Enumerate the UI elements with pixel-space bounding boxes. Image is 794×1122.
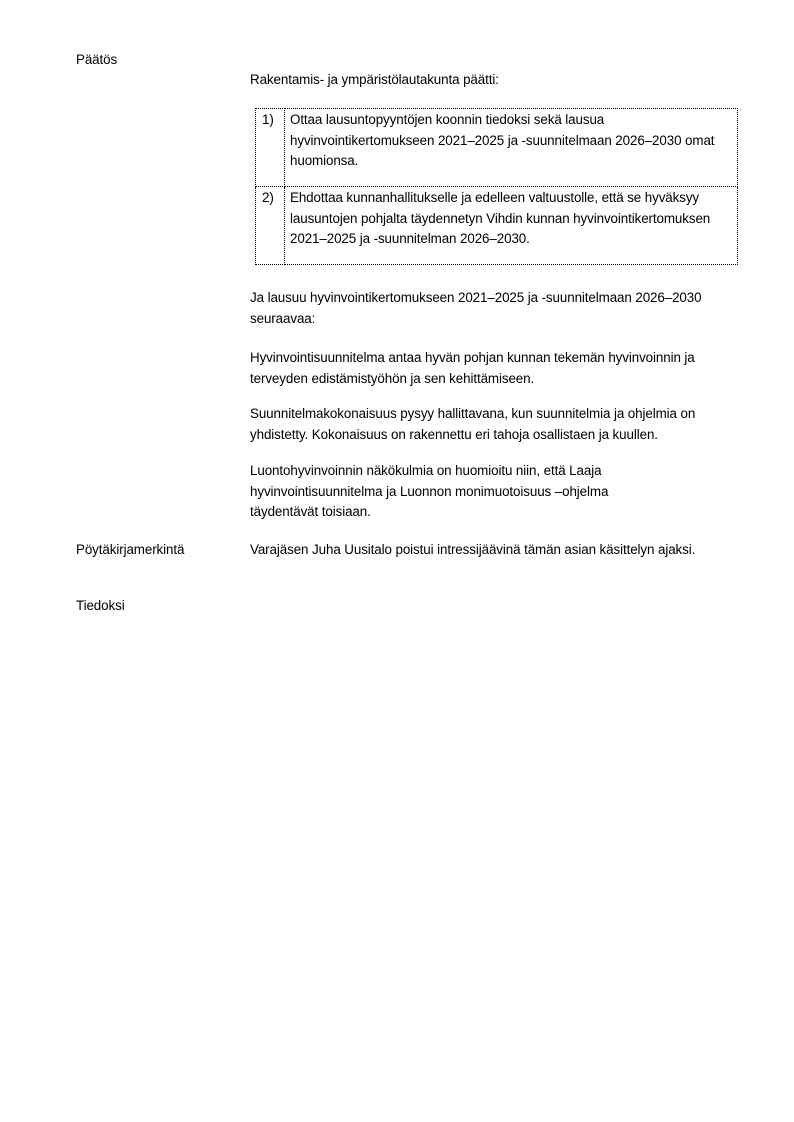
decision-item-number: 1) xyxy=(256,109,285,187)
decision-intro: Rakentamis- ja ympäristölautakunta päätt… xyxy=(250,70,740,91)
decision-item-text: Ehdottaa kunnanhallitukselle ja edelleen… xyxy=(285,187,738,265)
decision-item: 1) Ottaa lausuntopyyntöjen koonnin tiedo… xyxy=(256,109,738,187)
minutes-note-text: Varajäsen Juha Uusitalo poistui intressi… xyxy=(250,540,740,561)
section-label-minutes-note: Pöytäkirjamerkintä xyxy=(76,540,184,560)
decision-item: 2) Ehdottaa kunnanhallitukselle ja edell… xyxy=(256,187,738,265)
decision-item-text: Ottaa lausuntopyyntöjen koonnin tiedoksi… xyxy=(285,109,738,187)
decision-item-number: 2) xyxy=(256,187,285,265)
decision-items-table: 1) Ottaa lausuntopyyntöjen koonnin tiedo… xyxy=(255,108,738,265)
statement-paragraph: Suunnitelmakokonaisuus pysyy hallittavan… xyxy=(250,404,740,445)
section-label-decision: Päätös xyxy=(76,50,117,70)
section-label-for-information: Tiedoksi xyxy=(76,596,125,616)
statement-paragraph: Luontohyvinvoinnin näkökulmia on huomioi… xyxy=(250,461,680,523)
statement-intro-paragraph: Ja lausuu hyvinvointikertomukseen 2021–2… xyxy=(250,288,735,329)
statement-paragraph: Hyvinvointisuunnitelma antaa hyvän pohja… xyxy=(250,348,740,389)
